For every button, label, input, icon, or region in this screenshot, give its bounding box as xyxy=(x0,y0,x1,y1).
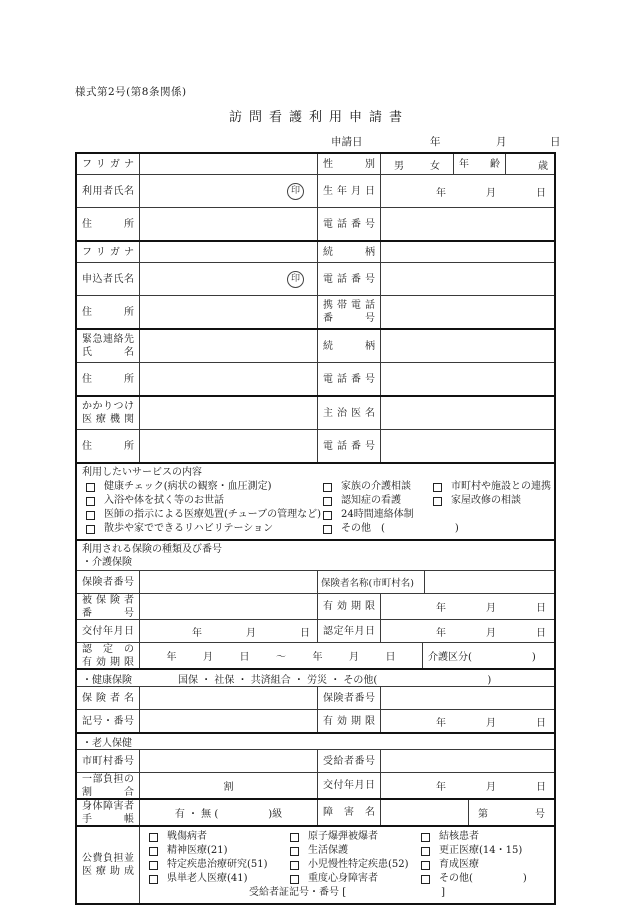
services-line-4: 散歩や家でできるリハビリテーション その他 ( ) xyxy=(77,522,554,536)
section-user: フリガナ 性別 男 女 年齢 歳 利用者氏名 印 生年月日 年月日 xyxy=(77,154,554,240)
cert-validity-range-input[interactable]: 年月日 ～ 年月日 xyxy=(139,643,422,668)
user-furigana-label: フリガナ xyxy=(77,154,139,174)
kenko-insurer-name-label: 保険者名 xyxy=(77,687,139,709)
applicant-address-label: 住所 xyxy=(77,296,139,328)
city-no-label: 市町村番号 xyxy=(77,750,139,772)
user-name-label: 利用者氏名 xyxy=(77,175,139,207)
row-kaigo-insured-no: 被保険者 番号 有効期限 年月日 xyxy=(77,593,554,619)
service-24h-contact-checkbox[interactable] xyxy=(323,511,332,520)
kohi-label: 公費負担並 医療助成 xyxy=(77,827,139,903)
row-kaigo-issue-date: 交付年月日 年月日 認定年月日 年月日 xyxy=(77,619,554,642)
row-user-furigana: フリガナ 性別 男 女 年齢 歳 xyxy=(77,154,554,174)
emergency-relation-input[interactable] xyxy=(380,330,554,362)
sex-choice-field[interactable]: 男 女 xyxy=(380,154,453,174)
emergency-phone-label: 電話番号 xyxy=(317,363,380,395)
city-no-input[interactable] xyxy=(139,750,317,772)
handbook-number-input[interactable]: 第 号 xyxy=(468,800,554,825)
doctor-name-input[interactable] xyxy=(380,397,554,429)
row-kaigo-insurer: 保険者番号 保険者名称(市町村名) xyxy=(77,570,554,593)
service-other-checkbox[interactable] xyxy=(323,525,332,534)
applicant-furigana-label: フリガナ xyxy=(77,242,139,262)
disability-name-input[interactable] xyxy=(380,800,468,825)
sex-option-male[interactable]: 男 xyxy=(394,157,404,172)
age-label: 年齢 xyxy=(453,154,505,174)
services-line-1: 健康チェック(病状の観察・血圧測定) 家族の介護相談 市町村や施設との連携 xyxy=(77,480,554,494)
kohi-prefectural-elderly-checkbox[interactable] xyxy=(149,875,158,884)
care-level-input[interactable]: 介護区分( ) xyxy=(422,643,554,668)
burden-ratio-label: 一部負担の 割合 xyxy=(77,773,139,798)
kenko-insurance-title: ・健康保険 xyxy=(77,671,132,686)
kaigo-validity-label: 有効期限 xyxy=(317,594,380,619)
emergency-name-input[interactable] xyxy=(139,330,317,362)
kohi-line-2: 精神医療(21) 生活保護 更正医療(14・15) xyxy=(140,844,554,858)
kohi-war-injured-checkbox[interactable] xyxy=(149,833,158,842)
row-clinic-address: 住所 電話番号 xyxy=(77,429,554,462)
recipient-cert-number-field[interactable]: 受給者証記号・番号 [ ] xyxy=(140,886,554,900)
age-input[interactable]: 歳 xyxy=(505,154,554,174)
handbook-no-prefix: 第 xyxy=(478,805,488,820)
user-phone-input[interactable] xyxy=(380,208,554,240)
kenko-insurer-name-input[interactable] xyxy=(139,687,317,709)
section-applicant: フリガナ 続柄 申込者氏名 印 電話番号 住所 携帯電話 番号 xyxy=(77,240,554,328)
kohi-line-4: 県単老人医療(41) 重度心身障害者 その他( ) xyxy=(140,872,554,886)
row-city-no: 市町村番号 受給者番号 xyxy=(77,749,554,772)
services-line-2: 入浴や体を拭く等のお世話 認知症の看護 家屋改修の相談 xyxy=(77,494,554,508)
service-house-renovation-checkbox[interactable] xyxy=(433,497,442,506)
form-body: 様式第2号(第8条関係) 訪問看護利用申請書 申請日 年 月 日 フリガナ 性別… xyxy=(75,84,556,905)
row-kenko-symbol: 記号・番号 有効期限 年月日 xyxy=(77,709,554,732)
bracket-open: [ xyxy=(342,886,346,900)
clinic-label: かかりつけ 医療機関 xyxy=(77,397,139,429)
kaigo-insurer-no-input[interactable] xyxy=(139,571,317,593)
kohi-atomic-bomb-checkbox[interactable] xyxy=(290,833,299,842)
services-title: 利用したいサービスの内容 xyxy=(77,466,554,480)
kaigo-insurer-name-input[interactable] xyxy=(424,571,554,593)
application-date-label: 申請日 xyxy=(331,134,363,149)
emergency-name-label: 緊急連絡先 氏名 xyxy=(77,330,139,362)
user-phone-label: 電話番号 xyxy=(317,208,380,240)
kaigo-issue-date-label: 交付年月日 xyxy=(77,620,139,642)
row-user-address: 住所 電話番号 xyxy=(77,207,554,240)
section-emergency: 緊急連絡先 氏名 続柄 住所 電話番号 xyxy=(77,328,554,395)
application-date-line: 申請日 年 月 日 xyxy=(75,134,556,149)
recipient-no-input[interactable] xyxy=(380,750,554,772)
kohi-specified-disease-checkbox[interactable] xyxy=(149,861,158,870)
insured-no-input[interactable] xyxy=(139,594,317,619)
range-separator: ～ xyxy=(276,648,286,663)
cert-date-label: 認定年月日 xyxy=(317,620,380,642)
row-cert-validity: 認定の 有効期限 年月日 ～ 年月日 介護区分( ) xyxy=(77,642,554,668)
service-rehabilitation-checkbox[interactable] xyxy=(86,525,95,534)
row-applicant-name: 申込者氏名 印 電話番号 xyxy=(77,262,554,295)
handbook-no-suffix: 号 xyxy=(535,805,545,820)
symbol-no-label: 記号・番号 xyxy=(77,710,139,732)
insured-no-label: 被保険者 番号 xyxy=(77,594,139,619)
applicant-phone-label: 電話番号 xyxy=(317,263,380,295)
sex-label: 性別 xyxy=(317,154,380,174)
burden-ratio-input[interactable]: 割 xyxy=(139,773,317,798)
kaigo-issue-date-input[interactable]: 年月日 xyxy=(139,620,317,642)
user-furigana-input[interactable] xyxy=(139,154,317,174)
symbol-no-input[interactable] xyxy=(139,710,317,732)
mobile-phone-label: 携帯電話 番号 xyxy=(317,296,380,328)
applicant-phone-input[interactable] xyxy=(380,263,554,295)
row-kohi: 公費負担並 医療助成 戦傷病者 原子爆弾被爆者 結核患者 精神医療(21) 生活… xyxy=(77,827,554,903)
recipient-no-label: 受給者番号 xyxy=(317,750,380,772)
kohi-other-checkbox[interactable] xyxy=(421,875,430,884)
row-kenko-title: ・健康保険 国保 ・ 社保 ・ 共済組合 ・ 労災 ・ その他( ) xyxy=(77,670,554,686)
user-address-input[interactable] xyxy=(139,208,317,240)
kenko-validity-input[interactable]: 年月日 xyxy=(380,710,554,732)
emergency-address-input[interactable] xyxy=(139,363,317,395)
applicant-relation-input[interactable] xyxy=(380,242,554,262)
section-clinic: かかりつけ 医療機関 主治医名 住所 電話番号 xyxy=(77,395,554,462)
kohi-line-3: 特定疾患治療研究(51) 小児慢性特定疾患(52) 育成医療 xyxy=(140,858,554,872)
insurance-section-header: 利用される保険の種類及び番号 ・介護保険 xyxy=(77,541,554,570)
handbook-presence-field[interactable]: 有 ・ 無 ( )級 xyxy=(139,800,317,825)
rojin-issue-date-input[interactable]: 年月日 xyxy=(380,773,554,798)
clinic-phone-label: 電話番号 xyxy=(317,430,380,462)
kohi-tuberculosis-checkbox[interactable] xyxy=(421,833,430,842)
kohi-livelihood-protection-checkbox[interactable] xyxy=(290,847,299,856)
user-name-input[interactable]: 印 xyxy=(139,175,317,207)
seal-icon: 印 xyxy=(287,183,304,200)
applicant-name-input[interactable]: 印 xyxy=(139,263,317,295)
service-municipality-liaison-checkbox[interactable] xyxy=(433,483,442,492)
disability-name-label: 障害名 xyxy=(317,800,380,825)
emergency-relation-label: 続柄 xyxy=(317,330,380,362)
applicant-name-label: 申込者氏名 xyxy=(77,263,139,295)
applicant-address-input[interactable] xyxy=(139,296,317,328)
doctor-name-label: 主治医名 xyxy=(317,397,380,429)
emergency-phone-input[interactable] xyxy=(380,363,554,395)
kenko-insurer-no-input[interactable] xyxy=(380,687,554,709)
section-handbook: 身体障害者 手帳 有 ・ 無 ( )級 障害名 第 号 xyxy=(77,798,554,825)
cert-validity-label: 認定の 有効期限 xyxy=(77,643,139,668)
kohi-severe-disability-checkbox[interactable] xyxy=(290,875,299,884)
kohi-ikusei-medical-checkbox[interactable] xyxy=(421,861,430,870)
row-applicant-furigana: フリガナ 続柄 xyxy=(77,242,554,262)
kenko-title-row: ・健康保険 国保 ・ 社保 ・ 共済組合 ・ 労災 ・ その他( ) xyxy=(77,670,554,686)
form-number: 様式第2号(第8条関係) xyxy=(75,84,556,99)
application-date-year-label: 年 xyxy=(430,134,441,149)
service-medical-treatment-checkbox[interactable] xyxy=(86,511,95,520)
kaigo-insurer-name-label: 保険者名称(市町村名) xyxy=(317,571,424,593)
mobile-phone-input[interactable] xyxy=(380,296,554,328)
application-form-table: フリガナ 性別 男 女 年齢 歳 利用者氏名 印 生年月日 年月日 xyxy=(75,152,556,905)
kohi-child-chronic-checkbox[interactable] xyxy=(290,861,299,870)
row-applicant-address: 住所 携帯電話 番号 xyxy=(77,295,554,328)
seal-icon: 印 xyxy=(287,271,304,288)
user-address-label: 住所 xyxy=(77,208,139,240)
section-services: 利用したいサービスの内容 健康チェック(病状の観察・血圧測定) 家族の介護相談 … xyxy=(77,462,554,539)
handbook-label: 身体障害者 手帳 xyxy=(77,800,139,825)
service-family-care-consult-checkbox[interactable] xyxy=(323,483,332,492)
kohi-content: 戦傷病者 原子爆弾被爆者 結核患者 精神医療(21) 生活保護 更正医療(14・… xyxy=(139,827,554,903)
applicant-relation-label: 続柄 xyxy=(317,242,380,262)
row-insurance-header: 利用される保険の種類及び番号 ・介護保険 xyxy=(77,541,554,570)
kenko-validity-label: 有効期限 xyxy=(317,710,380,732)
sex-option-female[interactable]: 女 xyxy=(430,157,440,172)
recipient-cert-label: 受給者証記号・番号 xyxy=(249,886,339,900)
cert-date-input[interactable]: 年月日 xyxy=(380,620,554,642)
row-emergency-address: 住所 電話番号 xyxy=(77,362,554,395)
section-kenko-insurance: ・健康保険 国保 ・ 社保 ・ 共済組合 ・ 労災 ・ その他( ) 保険者名 … xyxy=(77,668,554,732)
application-date-month-label: 月 xyxy=(496,134,507,149)
row-kenko-insurer: 保険者名 保険者番号 xyxy=(77,686,554,709)
birth-date-input[interactable]: 年月日 xyxy=(380,175,554,207)
page-title: 訪問看護利用申請書 xyxy=(75,106,556,125)
emergency-address-label: 住所 xyxy=(77,363,139,395)
section-kaigo-insurance: 利用される保険の種類及び番号 ・介護保険 保険者番号 保険者名称(市町村名) 被… xyxy=(77,539,554,668)
rojin-title-row: ・老人保健 xyxy=(77,734,554,749)
kohi-mental-care-checkbox[interactable] xyxy=(149,847,158,856)
kenko-type-options[interactable]: 国保 ・ 社保 ・ 共済組合 ・ 労災 ・ その他( ) xyxy=(178,671,491,686)
clinic-name-input[interactable] xyxy=(139,397,317,429)
clinic-phone-input[interactable] xyxy=(380,430,554,462)
service-bathing-care-checkbox[interactable] xyxy=(86,497,95,506)
kaigo-insurer-no-label: 保険者番号 xyxy=(77,571,139,593)
rojin-issue-date-label: 交付年月日 xyxy=(317,773,380,798)
document-page: 様式第2号(第8条関係) 訪問看護利用申請書 申請日 年 月 日 フリガナ 性別… xyxy=(0,0,630,915)
clinic-address-input[interactable] xyxy=(139,430,317,462)
kenko-insurer-no-label: 保険者番号 xyxy=(317,687,380,709)
service-health-check-checkbox[interactable] xyxy=(86,483,95,492)
section-rojin-hoken: ・老人保健 市町村番号 受給者番号 一部負担の 割合 割 交付年月日 年月日 xyxy=(77,732,554,798)
application-date-day-label: 日 xyxy=(550,134,561,149)
kohi-kosei-medical-checkbox[interactable] xyxy=(421,847,430,856)
row-clinic-name: かかりつけ 医療機関 主治医名 xyxy=(77,397,554,429)
row-burden-ratio: 一部負担の 割合 割 交付年月日 年月日 xyxy=(77,772,554,798)
bracket-close: ] xyxy=(441,886,445,900)
service-dementia-care-checkbox[interactable] xyxy=(323,497,332,506)
services-line-3: 医師の指示による医療処置(チューブの管理など) 24時間連絡体制 xyxy=(77,508,554,522)
kohi-line-1: 戦傷病者 原子爆弾被爆者 結核患者 xyxy=(140,830,554,844)
section-kohi: 公費負担並 医療助成 戦傷病者 原子爆弾被爆者 結核患者 精神医療(21) 生活… xyxy=(77,825,554,903)
insurance-title: 利用される保険の種類及び番号 xyxy=(77,543,222,556)
kaigo-validity-input[interactable]: 年月日 xyxy=(380,594,554,619)
clinic-address-label: 住所 xyxy=(77,430,139,462)
row-rojin-title: ・老人保健 xyxy=(77,734,554,749)
row-emergency-name: 緊急連絡先 氏名 続柄 xyxy=(77,330,554,362)
birth-date-label: 生年月日 xyxy=(317,175,380,207)
kaigo-insurance-title: ・介護保険 xyxy=(77,556,132,569)
row-handbook: 身体障害者 手帳 有 ・ 無 ( )級 障害名 第 号 xyxy=(77,800,554,825)
row-user-name: 利用者氏名 印 生年月日 年月日 xyxy=(77,174,554,207)
rojin-hoken-title: ・老人保健 xyxy=(77,734,132,749)
applicant-furigana-input[interactable] xyxy=(139,242,317,262)
